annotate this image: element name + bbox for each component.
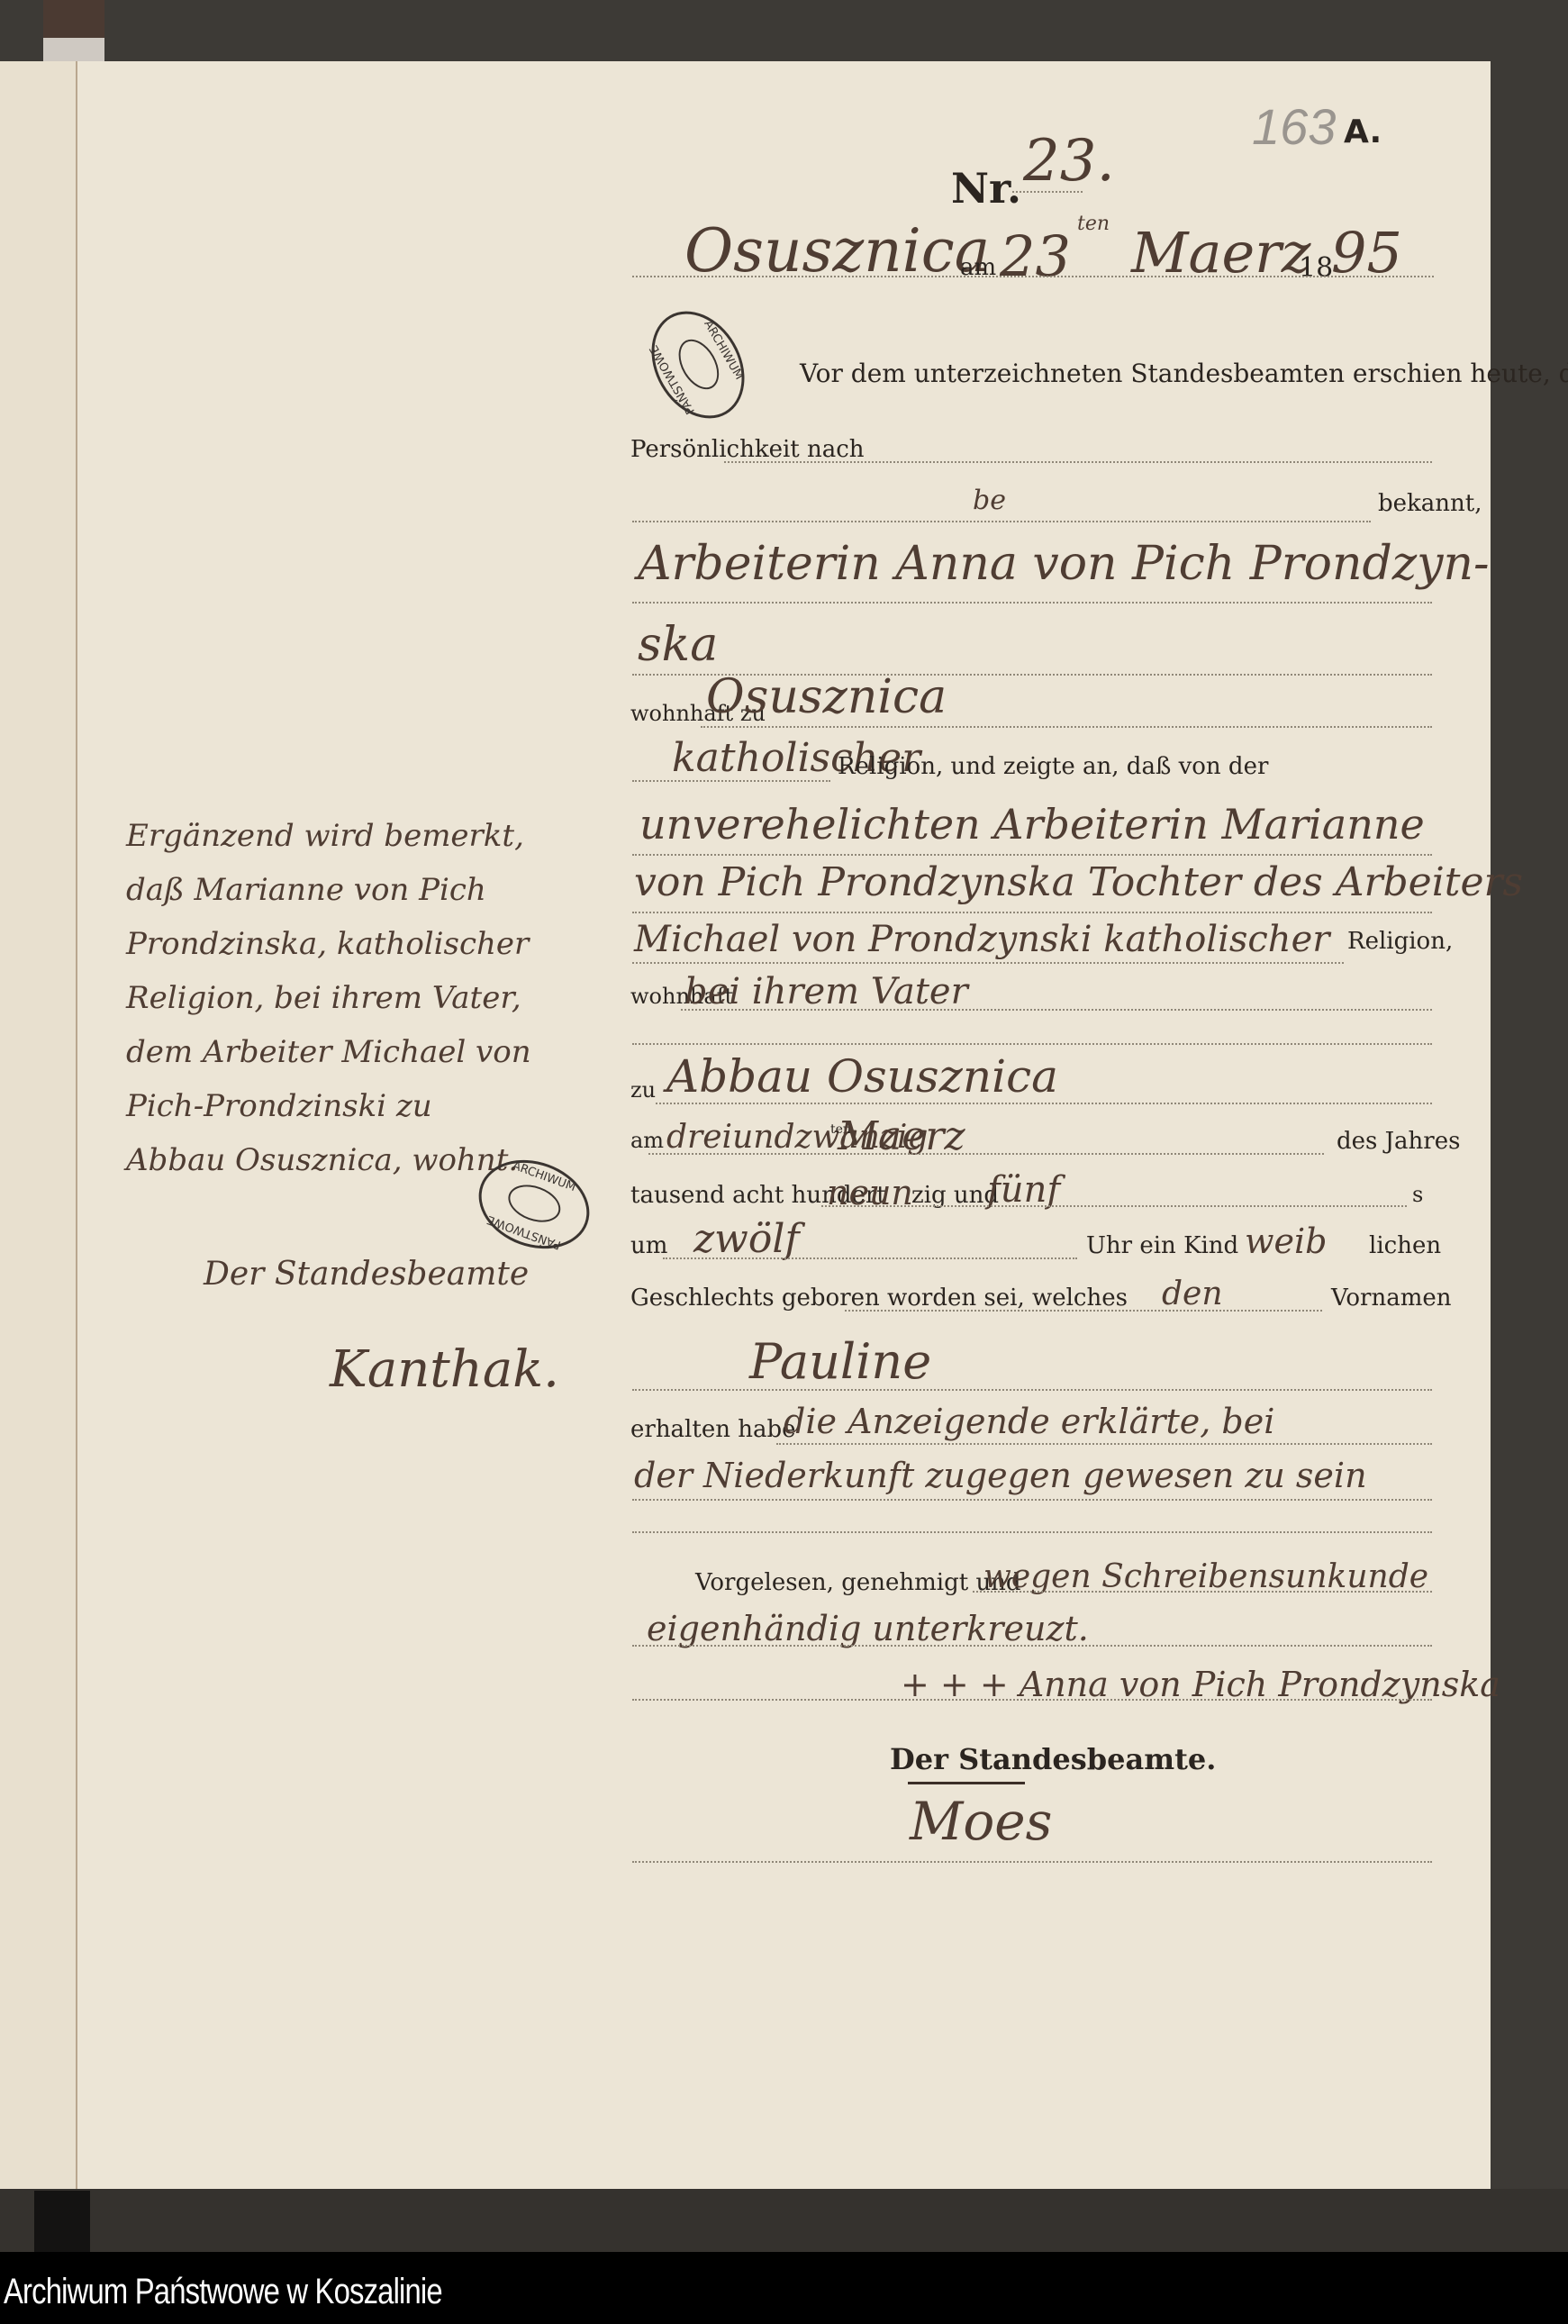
dotted-line (632, 521, 1371, 522)
dotted-line (632, 1699, 1432, 1701)
dotted-line (776, 1443, 1432, 1445)
dotted-line (1012, 191, 1083, 193)
archive-stamp: ARCHIWUM PAŃSTWOWE (633, 295, 763, 435)
dotted-line (663, 1257, 1077, 1259)
child-forename: Pauline (749, 1333, 931, 1390)
margin-note-line: dem Arbeiter Michael von (126, 1025, 531, 1079)
father-religion-label: Religion, (1347, 928, 1453, 955)
dotted-line (632, 1861, 1432, 1863)
dotted-line (632, 1645, 1432, 1647)
dotted-line (821, 1205, 1407, 1207)
official-label: Der Standesbeamte. (890, 1742, 1216, 1776)
official-signature: Moes (910, 1791, 1052, 1852)
time-label: um (630, 1232, 667, 1259)
read-hand-line2: eigenhändig unterkreuzt. (647, 1609, 1089, 1648)
dotted-line (632, 1531, 1432, 1533)
dotted-line (632, 854, 1432, 856)
child-sex-suffix: lichen (1369, 1232, 1441, 1259)
margin-note-line: Pich-Prondzinski zu (126, 1079, 531, 1133)
identity-prefix: be (973, 485, 1006, 516)
birth-time: zwölf (693, 1216, 800, 1262)
birth-year-label: des Jahres (1337, 1128, 1460, 1155)
dotted-line (632, 912, 1432, 913)
scan-background (0, 2189, 1568, 2252)
date-day: 23 (1000, 223, 1071, 289)
folio-number: 163 (1252, 97, 1336, 156)
archive-name: Archiwum Państwowe w Koszalinie (4, 2272, 442, 2312)
dotted-line (701, 726, 1432, 728)
birthplace: Abbau Osusznica (666, 1050, 1058, 1103)
dotted-line (632, 780, 830, 782)
margin-note-line: Religion, bei ihrem Vater, (126, 971, 531, 1025)
mother-line1: unverehelichten Arbeiterin Marianne (639, 800, 1425, 849)
register-letter: A. (1344, 113, 1382, 150)
dotted-line (648, 1153, 1324, 1155)
religion-text: Religion, und zeigte an, daß von der (838, 753, 1268, 780)
child-label: Uhr ein Kind (1086, 1232, 1238, 1259)
dotted-line (724, 461, 1432, 463)
margin-note-line: Abbau Osusznica, wohnt. (126, 1133, 531, 1187)
dotted-line (632, 1389, 1432, 1391)
birth-day-label: am (630, 1128, 664, 1153)
received-label: erhalten habe (630, 1416, 796, 1443)
name-article: den (1162, 1275, 1223, 1312)
margin-official-signature: Kanthak. (330, 1340, 559, 1399)
father-line: Michael von Prondzynski katholischer (634, 919, 1329, 960)
book-spine-tab (43, 0, 104, 63)
margin-note: Ergänzend wird bemerkt, daß Marianne von… (126, 809, 531, 1187)
dotted-line (632, 962, 1344, 964)
mother-residence: bei ihrem Vater (684, 971, 968, 1012)
forename-label: Vornamen (1331, 1285, 1452, 1312)
dotted-line (632, 602, 1432, 604)
dotted-line (973, 1591, 1432, 1593)
signature-underline (908, 1782, 1025, 1784)
date-day-suffix: ten (1077, 213, 1110, 235)
gender-text: Geschlechts geboren worden sei, welches (630, 1285, 1128, 1312)
entry-number: 23. (1023, 128, 1115, 195)
margin-note-line: daß Marianne von Pich (126, 863, 531, 917)
read-hand-line1: wegen Schreibensunkunde (983, 1558, 1428, 1595)
archive-caption-bar: Archiwum Państwowe w Koszalinie (0, 2252, 1568, 2324)
identity-label: Persönlichkeit nach (630, 436, 865, 463)
bookmark-ribbon (43, 38, 104, 63)
birthplace-label: zu (630, 1077, 656, 1103)
identity-suffix: bekannt, (1378, 490, 1482, 517)
number-label: Nr. (951, 164, 1021, 213)
year-prefix: 18 (1299, 252, 1333, 284)
book-spine (34, 2191, 90, 2254)
year-text-end: s (1412, 1182, 1423, 1207)
child-sex: weib (1245, 1221, 1328, 1261)
informant-name-line1: Arbeiterin Anna von Pich Prondzyn- (638, 537, 1490, 591)
dotted-line (656, 1103, 1432, 1104)
register-page: 163 A. Nr. 23. Osusznica am 23 ten Maerz… (0, 61, 1491, 2189)
margin-note-line: Ergänzend wird bemerkt, (126, 809, 531, 863)
dotted-line (632, 1499, 1432, 1501)
informant-residence: Osusznica (706, 670, 947, 724)
margin-official-title: Der Standesbeamte (204, 1256, 529, 1293)
dotted-line (845, 1310, 1322, 1312)
mother-line2: von Pich Prondzynska Tochter des Arbeite… (634, 859, 1523, 905)
informant-name-line2: ska (638, 618, 718, 672)
intro-text: Vor dem unterzeichneten Standesbeamten e… (800, 359, 1568, 388)
facing-page-edge (0, 61, 77, 2189)
dotted-line (632, 1043, 1432, 1045)
dotted-line (681, 1009, 1432, 1011)
margin-note-line: Prondzinska, katholischer (126, 917, 531, 971)
dotted-line (632, 276, 1434, 277)
received-line1: die Anzeigende erklärte, bei (784, 1402, 1274, 1441)
received-line2: der Niederkunft zugegen gewesen zu sein (634, 1456, 1367, 1495)
